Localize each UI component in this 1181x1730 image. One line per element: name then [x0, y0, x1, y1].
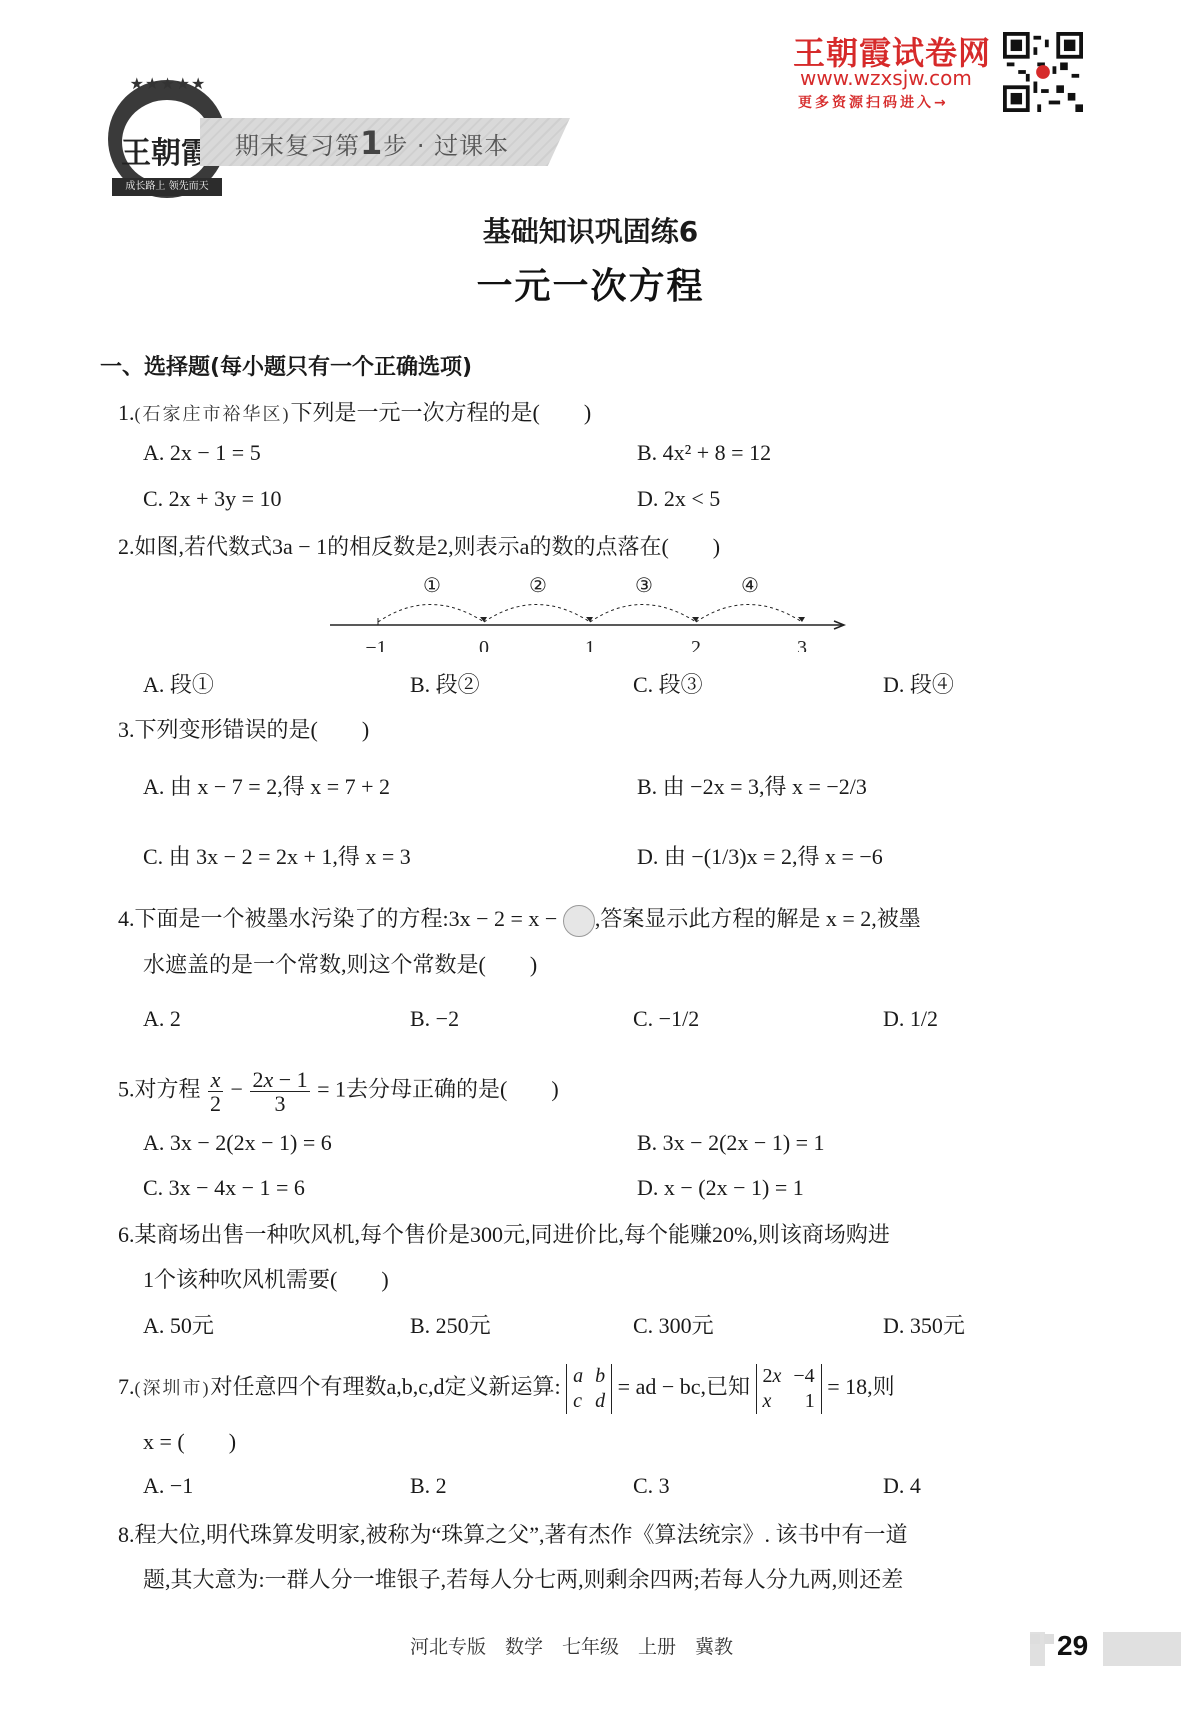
- question-6-line2: 1个该种吹风机需要( ): [143, 1263, 389, 1294]
- option-1a[interactable]: A. 2x − 1 = 5: [143, 440, 261, 466]
- banner-text: 期末复习第1步 · 过课本: [235, 124, 509, 162]
- tick-label: 0: [479, 637, 489, 652]
- option-7c[interactable]: C. 3: [633, 1473, 670, 1499]
- question-5: 5.对方程 x2 − 2x − 13 = 1去分母正确的是( ): [118, 1068, 559, 1115]
- question-stem: 下面是一个被墨水污染了的方程:3x − 2 = x −: [135, 906, 563, 931]
- option-7b[interactable]: B. 2: [410, 1473, 447, 1499]
- question-2: 2.如图,若代数式3a − 1的相反数是2,则表示a的数的点落在( ): [118, 530, 720, 561]
- option-5b[interactable]: B. 3x − 2(2x − 1) = 1: [637, 1130, 825, 1156]
- option-5d[interactable]: D. x − (2x − 1) = 1: [637, 1175, 804, 1201]
- number-line-figure: ① ② ③ ④ −1 0 1 2 3: [320, 572, 860, 652]
- question-8: 8.程大位,明代珠算发明家,被称为“珠算之父”,著有杰作《算法统宗》. 该书中有…: [118, 1518, 908, 1549]
- option-2c[interactable]: C. 段③: [633, 668, 703, 699]
- banner-step: 1: [360, 124, 383, 162]
- option-4d[interactable]: D. 1/2: [883, 1006, 938, 1032]
- determinant-abcd: abcd: [566, 1364, 612, 1414]
- question-number: 7.: [118, 1374, 135, 1399]
- question-stem-cont: ,答案显示此方程的解是 x = 2,被墨: [595, 906, 921, 931]
- option-3c[interactable]: C. 由 3x − 2 = 2x + 1,得 x = 3: [143, 840, 411, 871]
- option-5c[interactable]: C. 3x − 4x − 1 = 6: [143, 1175, 305, 1201]
- question-number: 2.: [118, 534, 135, 559]
- question-1: 1.(石家庄市裕华区)下列是一元一次方程的是( ): [118, 396, 591, 427]
- worksheet-title: 一元一次方程: [0, 258, 1181, 309]
- option-6d[interactable]: D. 350元: [883, 1309, 965, 1340]
- question-3: 3.下列变形错误的是( ): [118, 713, 369, 744]
- option-5a[interactable]: A. 3x − 2(2x − 1) = 6: [143, 1130, 332, 1156]
- section-heading: 一、选择题(每小题只有一个正确选项): [100, 350, 472, 381]
- segment-label-3: ③: [635, 575, 653, 597]
- question-number: 1.: [118, 400, 135, 425]
- ink-blot-icon: [563, 905, 595, 937]
- question-7-line2: x = ( ): [143, 1425, 236, 1456]
- tick-label: 3: [797, 637, 807, 652]
- segment-label-2: ②: [529, 575, 547, 597]
- question-stem: 如图,若代数式3a − 1的相反数是2,则表示a的数的点落在( ): [135, 534, 721, 559]
- segment-label-4: ④: [741, 575, 759, 597]
- qr-code-icon[interactable]: [1003, 32, 1083, 112]
- fraction-2x-1-over-3: 2x − 13: [250, 1068, 309, 1115]
- segment-label-1: ①: [423, 575, 441, 597]
- brand-scan-text: 更多资源扫码进入→: [798, 92, 949, 112]
- banner-suffix: 步 · 过课本: [383, 132, 509, 160]
- tick-label: 2: [691, 637, 701, 652]
- question-number: 8.: [118, 1522, 135, 1547]
- question-number: 6.: [118, 1222, 135, 1247]
- brand-url[interactable]: www.wzxsjw.com: [800, 66, 972, 90]
- option-3a[interactable]: A. 由 x − 7 = 2,得 x = 7 + 2: [143, 770, 390, 801]
- logo-ribbon: 成长路上 领先而天: [112, 178, 222, 196]
- question-8-line2: 题,其大意为:一群人分一堆银子,若每人分七两,则剩余四两;若每人分九两,则还差: [143, 1563, 903, 1594]
- question-stem-end: = 18,则: [827, 1374, 894, 1399]
- question-6: 6.某商场出售一种吹风机,每个售价是300元,同进价比,每个能赚20%,则该商场…: [118, 1218, 890, 1249]
- option-4a[interactable]: A. 2: [143, 1006, 181, 1032]
- banner-prefix: 期末复习第: [235, 132, 360, 160]
- tick-label: 1: [585, 637, 595, 652]
- footer-edition: 河北专版 数学 七年级 上册 冀教: [410, 1632, 733, 1659]
- question-number: 5.: [118, 1077, 135, 1102]
- question-stem: 下列变形错误的是( ): [135, 717, 370, 742]
- option-2a[interactable]: A. 段①: [143, 668, 214, 699]
- question-stem: 某商场出售一种吹风机,每个售价是300元,同进价比,每个能赚20%,则该商场购进: [135, 1222, 890, 1247]
- determinant-given: 2x−4x1: [756, 1364, 822, 1414]
- option-3b[interactable]: B. 由 −2x = 3,得 x = −2/3: [637, 770, 867, 801]
- page-decor: [1044, 1634, 1054, 1644]
- question-stem: 程大位,明代珠算发明家,被称为“珠算之父”,著有杰作《算法统宗》. 该书中有一道: [135, 1522, 908, 1547]
- page-decor: [1030, 1634, 1040, 1644]
- question-stem: 下列是一元一次方程的是( ): [291, 400, 592, 425]
- option-6c[interactable]: C. 300元: [633, 1309, 714, 1340]
- question-stem-cont: = 1去分母正确的是( ): [317, 1077, 559, 1102]
- question-4-line2: 水遮盖的是一个常数,则这个常数是( ): [143, 948, 537, 979]
- question-source: (深圳市): [135, 1378, 211, 1398]
- question-number: 4.: [118, 906, 135, 931]
- option-7a[interactable]: A. −1: [143, 1473, 193, 1499]
- option-1d[interactable]: D. 2x < 5: [637, 486, 720, 512]
- fraction-x-over-2: x2: [208, 1068, 223, 1115]
- question-stem: 对任意四个有理数a,b,c,d定义新运算:: [211, 1374, 561, 1399]
- option-2b[interactable]: B. 段②: [410, 668, 480, 699]
- question-stem-cont: = ad − bc,已知: [618, 1374, 750, 1399]
- question-4: 4.下面是一个被墨水污染了的方程:3x − 2 = x − ,答案显示此方程的解…: [118, 902, 921, 937]
- question-7: 7.(深圳市)对任意四个有理数a,b,c,d定义新运算: abcd = ad −…: [118, 1364, 895, 1414]
- option-1b[interactable]: B. 4x² + 8 = 12: [637, 440, 771, 466]
- tick-label: −1: [365, 637, 386, 652]
- option-3d[interactable]: D. 由 −(1/3)x = 2,得 x = −6: [637, 840, 883, 871]
- option-6b[interactable]: B. 250元: [410, 1309, 491, 1340]
- worksheet-subtitle: 基础知识巩固练6: [0, 210, 1181, 250]
- question-source: (石家庄市裕华区): [135, 404, 291, 424]
- question-number: 3.: [118, 717, 135, 742]
- option-4c[interactable]: C. −1/2: [633, 1006, 699, 1032]
- logo-stars: ★★★★★: [118, 74, 218, 93]
- option-6a[interactable]: A. 50元: [143, 1309, 214, 1340]
- option-4b[interactable]: B. −2: [410, 1006, 459, 1032]
- option-1c[interactable]: C. 2x + 3y = 10: [143, 486, 282, 512]
- option-2d[interactable]: D. 段④: [883, 668, 954, 699]
- question-stem: 对方程: [135, 1077, 201, 1102]
- option-7d[interactable]: D. 4: [883, 1473, 921, 1499]
- page-number: 29: [1057, 1630, 1088, 1662]
